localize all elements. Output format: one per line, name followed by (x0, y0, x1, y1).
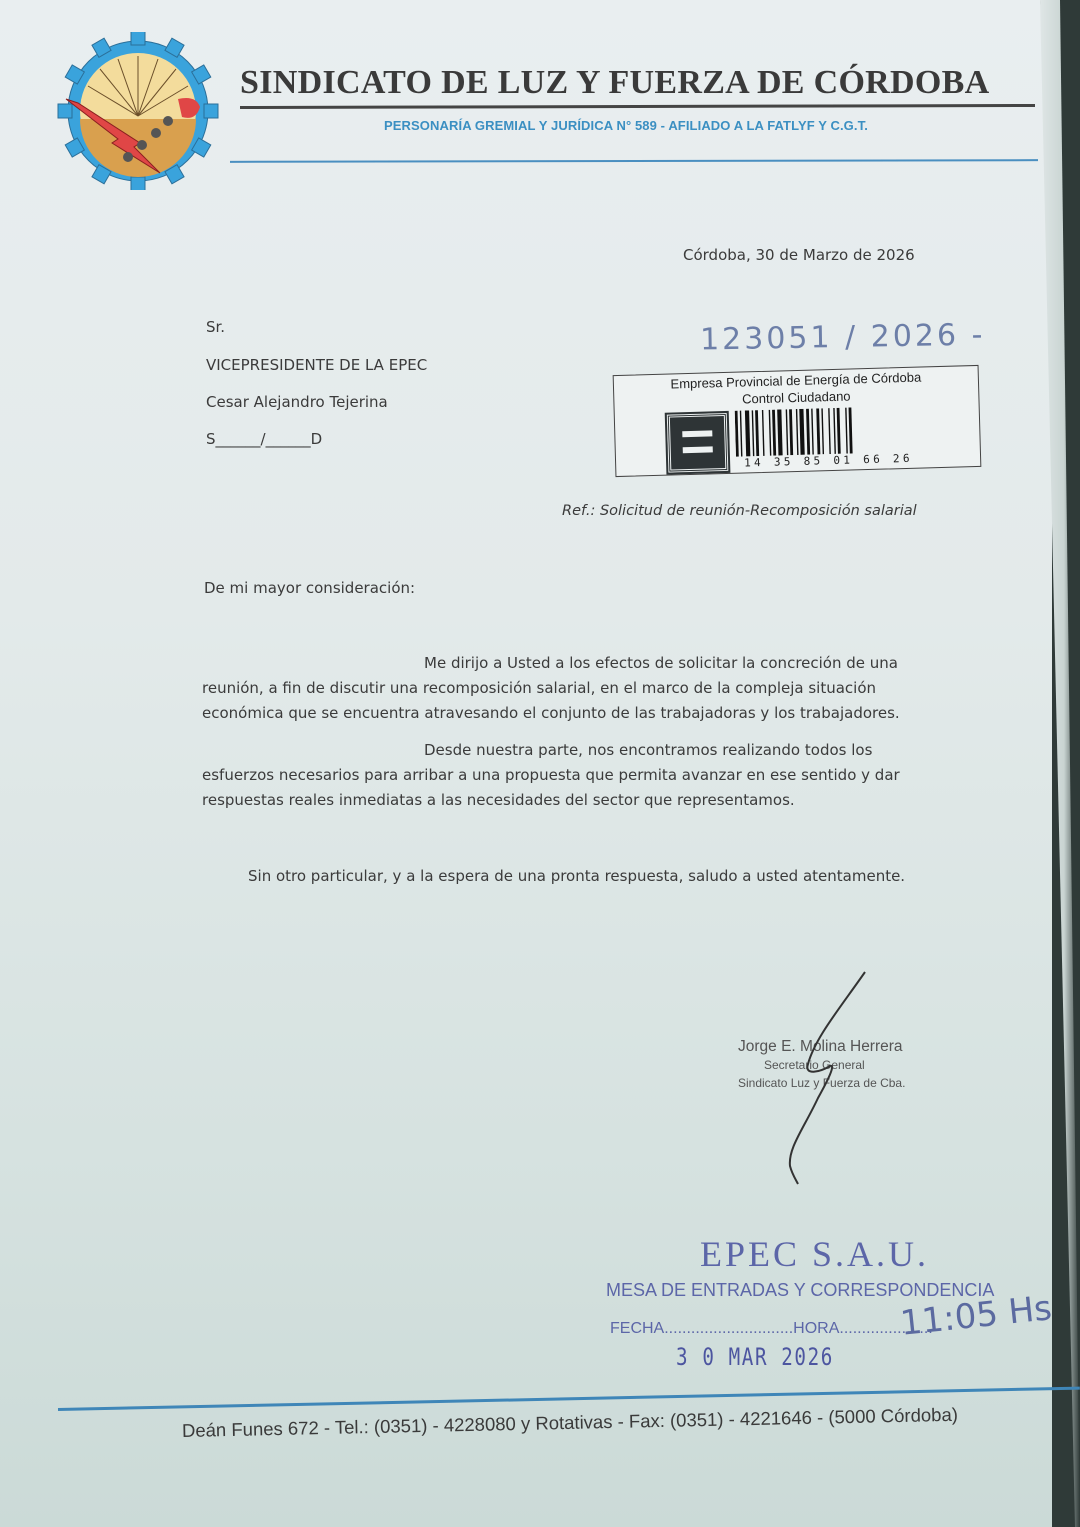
paragraph-1-rest: reunión, a fin de discutir una recomposi… (202, 676, 912, 726)
reception-stamp-office: MESA DE ENTRADAS Y CORRESPONDENCIA (606, 1280, 994, 1301)
body-paragraph-2: Desde nuestra parte, nos encontramos rea… (202, 738, 912, 813)
reception-stamp-date: 3 0 MAR 2026 (676, 1343, 834, 1371)
reference-line: Ref.: Solicitud de reunión-Recomposición… (562, 503, 917, 519)
letter-date: Córdoba, 30 de Marzo de 2026 (683, 246, 915, 264)
body-paragraph-1: Me dirijo a Usted a los efectos de solic… (202, 651, 912, 726)
union-gear-lightning-logo-icon (52, 32, 224, 190)
epec-e-logo-icon (667, 413, 729, 473)
barcode-icon (735, 407, 886, 457)
reception-barcode-label: Empresa Provincial de Energía de Córdoba… (613, 365, 982, 477)
organization-title: SINDICATO DE LUZ Y FUERZA DE CÓRDOBA (240, 64, 989, 102)
reception-stamp-fields: FECHA.............................HORA..… (610, 1320, 933, 1338)
recipient-salutation: Sr. (206, 318, 225, 336)
recipient-name: Cesar Alejandro Tejerina (206, 393, 388, 411)
reception-stamp-entity: EPEC S.A.U. (700, 1233, 929, 1275)
recipient-sd: S______/______D (206, 430, 322, 448)
recipient-title: VICEPRESIDENTE DE LA EPEC (206, 356, 427, 374)
handwritten-file-number: 123051 / 2026 - (700, 318, 986, 358)
handwritten-signature-icon (770, 968, 880, 1188)
fecha-dots: ............................. (664, 1320, 793, 1337)
paragraph-1-first-line: Me dirijo a Usted a los efectos de solic… (202, 651, 912, 676)
paragraph-2-rest: esfuerzos necesarios para arribar a una … (202, 763, 912, 813)
organization-subtitle: PERSONARÍA GREMIAL Y JURÍDICA N° 589 - A… (384, 118, 868, 133)
paragraph-2-first-line: Desde nuestra parte, nos encontramos rea… (202, 738, 912, 763)
hora-label: HORA (793, 1320, 839, 1337)
greeting: De mi mayor consideración: (204, 579, 415, 597)
fecha-label: FECHA (610, 1320, 664, 1337)
closing-line: Sin otro particular, y a la espera de un… (248, 867, 905, 885)
